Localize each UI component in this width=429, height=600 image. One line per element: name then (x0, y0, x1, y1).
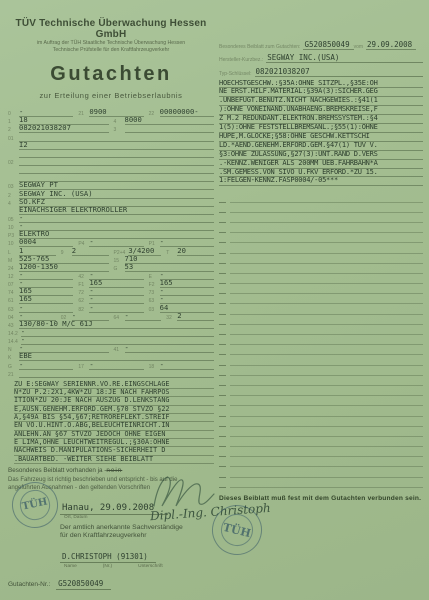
form-field (8, 173, 214, 174)
beiblatt-header-row-1: Besonderes Beiblatt zum Gutachten: G5208… (219, 36, 423, 50)
typed-line: 1:FELGEN-KENNZ.FASP0004/-05*** (219, 177, 423, 186)
beiblatt-nr-label: Besonderes Beiblatt zum Gutachten: (219, 44, 303, 50)
blank-line (219, 457, 423, 467)
blank-line (219, 243, 423, 253)
blank-line (219, 203, 423, 213)
line-dash (219, 375, 226, 376)
blank-line (219, 264, 423, 274)
field-label: 2 (8, 127, 19, 133)
field-value: - (89, 361, 143, 370)
line-rule (230, 354, 423, 355)
line-dash (219, 436, 226, 437)
blank-line (219, 355, 423, 365)
line-rule (230, 426, 423, 427)
name-caption: Name (64, 564, 77, 569)
gutachten-number-value: G520850049 (56, 579, 111, 590)
line-rule (230, 446, 423, 447)
form-field: 21 (8, 372, 214, 378)
line-rule (230, 436, 423, 437)
field-label: 4 (114, 119, 125, 125)
typed-line: Z M.2 REDUNDANT.ELEKTRON.BREMSSYSTEM.:§4 (219, 115, 423, 124)
blank-line (219, 366, 423, 376)
form-row: G-17-18- (8, 361, 214, 369)
line-dash (219, 466, 226, 467)
exemptions-typed-block: HOECHSTGESCHW.:§35A:OHNE SITZPL.,§35E:OH… (219, 80, 423, 187)
form-field: I2 (8, 141, 214, 150)
line-dash (219, 293, 226, 294)
line-rule (230, 212, 423, 213)
typed-line: .BAUARTBED. -WEITER SIEHE BEIBLATT (14, 456, 214, 464)
line-dash (219, 456, 226, 457)
tuev-stamp-text: TÜH (218, 511, 256, 549)
typed-line: .SM.GEMESS.VON SIVO U.FKV ERFORD.*ZU 15. (219, 169, 423, 178)
typed-line: EN VO.U.HINT.O.ABG,BELEUCHTEINRICHT.IN (14, 422, 214, 430)
blank-line (219, 467, 423, 477)
blank-line (219, 437, 423, 447)
blank-line (219, 417, 423, 427)
beiblatt-nr-value: G520850049 (303, 40, 353, 50)
line-dash (219, 263, 226, 264)
field-label: 18 (149, 364, 160, 370)
typed-line: NE ERST.HILF.MATERIAL:§39A(3):SICHER.GEG (219, 88, 423, 97)
beiblatt-nein-struck: nein (106, 467, 122, 474)
line-dash (219, 212, 226, 213)
form-row: I2 (8, 142, 214, 150)
blank-line (219, 345, 423, 355)
typed-line: HOECHSTGESCHW.:§35A:OHNE SITZPL.,§35E:OH (219, 80, 423, 89)
line-rule (230, 375, 423, 376)
org-name: TÜV Technische Überwachung Hessen GmbH (8, 18, 214, 40)
line-rule (230, 416, 423, 417)
blank-line (219, 294, 423, 304)
line-rule (230, 466, 423, 467)
blank-line (219, 254, 423, 264)
line-dash (219, 416, 226, 417)
form-field: 18- (149, 361, 214, 370)
empty-continuation-lines (219, 192, 423, 487)
form-field (8, 157, 214, 158)
form-field: G- (8, 361, 73, 370)
line-dash (219, 354, 226, 355)
blank-line (219, 284, 423, 294)
form-row: 21 (8, 370, 214, 378)
typed-line: .UNBEFUGT.BENUTZ.NICHT NACHGEWIES.:§41(1 (219, 97, 423, 106)
blank-line (219, 223, 423, 233)
line-dash (219, 283, 226, 284)
blank-line (219, 213, 423, 223)
line-dash (219, 395, 226, 396)
line-dash (219, 487, 226, 488)
examiner-title: Der amtlich anerkannte Sachverständige f… (60, 524, 210, 540)
line-dash (219, 303, 226, 304)
vehicle-data-form: 0-2109002200000000-118480002082021038207… (8, 109, 214, 378)
org-subtitle-2: Technische Prüfstelle für den Kraftfahrz… (8, 47, 214, 54)
line-rule (230, 222, 423, 223)
blank-line (219, 335, 423, 345)
blank-line (219, 325, 423, 335)
blank-line (219, 192, 423, 202)
field-value: - (160, 361, 214, 370)
field-value (125, 132, 215, 133)
typed-line: E LIMA,OHNE LEUCHTWEITREGUL.;§30A:OHNE (14, 439, 214, 447)
line-dash (219, 324, 226, 325)
name-captions: Name (Nr.) Unterschrift (64, 564, 214, 569)
form-row: 02 (8, 158, 214, 166)
line-dash (219, 273, 226, 274)
form-field: 17- (78, 361, 143, 370)
line-rule (230, 385, 423, 386)
form-field: 48000 (114, 116, 215, 125)
page-title: Gutachten (8, 63, 214, 86)
typed-line: NACHWEIS D.MANIPULATIONS-SICHERHEIT D (14, 447, 214, 455)
field-label: 17 (78, 364, 89, 370)
form-field: 3 (114, 127, 215, 133)
field-value (19, 165, 214, 166)
form-field: 02 (8, 160, 214, 166)
line-dash (219, 365, 226, 366)
line-dash (219, 314, 226, 315)
right-column-beiblatt: Besonderes Beiblatt zum Gutachten: G5208… (219, 36, 423, 502)
line-dash (219, 344, 226, 345)
blank-line (219, 406, 423, 416)
line-dash (219, 385, 226, 386)
field-label: 02 (8, 160, 19, 166)
field-value: - (19, 361, 73, 370)
remarks-block: ZU E:SEGWAY SERIENNR.VO.RE.EINGSCHLAGEN*… (8, 381, 214, 464)
typed-line: ITION*ZU 20:JE NACH AUSZUG D.LENKSTANG (14, 397, 214, 405)
form-row (8, 150, 214, 158)
typed-line: ):OHNE VONEINAND.UNABHAENG.BREMSKREISE,F (219, 106, 423, 115)
line-rule (230, 242, 423, 243)
line-rule (230, 263, 423, 264)
line-dash (219, 222, 226, 223)
field-label: G (8, 364, 19, 370)
line-rule (230, 405, 423, 406)
page-subtitle: zur Erteilung einer Betriebserlaubnis (8, 91, 214, 100)
beiblatt-header-row-2: Hersteller-Kurzbez.: SEGWAY INC.(USA) (219, 50, 423, 64)
line-dash (219, 253, 226, 254)
examiner-name-block: D.CHRISTOPH (91301) Name (Nr.) Unterschr… (60, 546, 214, 569)
beiblatt-footer-note: Dieses Beiblatt muß fest mit dem Gutacht… (219, 495, 423, 502)
field-value (19, 157, 214, 158)
field-value: 8000 (125, 116, 215, 125)
field-label: 3 (114, 127, 125, 133)
line-dash (219, 202, 226, 203)
field-value (19, 173, 214, 174)
form-row: 20820210382073 (8, 125, 214, 133)
examiner-name: D.CHRISTOPH (91301) (60, 552, 156, 563)
line-rule (230, 314, 423, 315)
field-label: 21 (8, 372, 19, 378)
beiblatt-present-text: Besonderes Beiblatt vorhanden ja - (8, 467, 106, 474)
typschluessel-label: Typ-Schlüssel: (219, 71, 255, 77)
typed-line: A,§49A BIS §54,§67;RETROREFLEKT.STREIF (14, 414, 214, 422)
blank-line (219, 478, 423, 488)
line-rule (230, 395, 423, 396)
line-rule (230, 303, 423, 304)
blank-line (219, 386, 423, 396)
line-rule (230, 232, 423, 233)
line-rule (230, 324, 423, 325)
typed-line: E,AUSN.GENEHM.ERFORD.GEM.§70 STVZO §22 (14, 406, 214, 414)
org-subtitle-1: im Auftrag der TÜH Staatliche Technische… (8, 40, 214, 47)
field-value: I2 (19, 141, 214, 150)
typed-line: §3:OHNE ZULASSUNG,§27(3):UNT.RAND D.VERS (219, 151, 423, 160)
line-rule (230, 365, 423, 366)
blank-line (219, 376, 423, 386)
line-rule (230, 344, 423, 345)
blank-line (219, 274, 423, 284)
vom-label: vom (354, 44, 366, 50)
line-dash (219, 242, 226, 243)
line-rule (230, 273, 423, 274)
examiner-line1: Der amtlich anerkannte Sachverständige (60, 524, 183, 531)
typed-line: N*ZU P.2:2X1,4KW*ZU 18:JE NACH FAHRPOS (14, 389, 214, 397)
typschluessel-value: 082021038207 (255, 67, 423, 77)
blank-line (219, 304, 423, 314)
gutachten-document: TÜV Technische Überwachung Hessen GmbH i… (0, 0, 429, 600)
line-rule (230, 293, 423, 294)
beiblatt-date-value: 29.09.2008 (366, 40, 416, 50)
blank-line (219, 315, 423, 325)
examiner-line2: für den Kraftfahrzeugverkehr (60, 532, 147, 539)
hersteller-label: Hersteller-Kurzbez.: (219, 57, 266, 63)
line-dash (219, 446, 226, 447)
gutachten-number-label: Gutachten-Nr.: (8, 581, 50, 588)
signature-caption: Unterschrift (138, 564, 163, 569)
hersteller-value: SEGWAY INC.(USA) (266, 53, 423, 63)
field-value: 082021038207 (19, 124, 109, 133)
form-row (8, 166, 214, 174)
blank-line (219, 396, 423, 406)
line-dash (219, 232, 226, 233)
line-rule (230, 283, 423, 284)
blank-line (219, 447, 423, 457)
line-rule (230, 202, 423, 203)
line-rule (230, 456, 423, 457)
line-dash (219, 477, 226, 478)
nr-caption: (Nr.) (103, 564, 112, 569)
line-rule (230, 334, 423, 335)
beiblatt-header-row-3: Typ-Schlüssel: 082021038207 (219, 63, 423, 77)
typed-line: ANLEHN.AN §67 STVZO JEDOCH OHNE EIGEN (14, 431, 214, 439)
field-value (19, 377, 214, 378)
line-dash (219, 334, 226, 335)
line-dash (219, 426, 226, 427)
line-rule (230, 477, 423, 478)
line-rule (230, 487, 423, 488)
form-field: 2082021038207 (8, 124, 109, 133)
tuev-stamp-text: TÜH (18, 488, 53, 523)
typed-line: 1(5):OHNE FESTSTELLBREMSANL.;§55(1):OHNE (219, 124, 423, 133)
line-dash (219, 405, 226, 406)
blank-line (219, 427, 423, 437)
typed-line: ZU E:SEGWAY SERIENNR.VO.RE.EINGSCHLAGE (14, 381, 214, 389)
gutachten-number-line: Gutachten-Nr.: G520850049 (8, 579, 214, 590)
typed-line: LD.*AEND.GENEHM.ERFORD.GEM.§47(1) TÜV V. (219, 142, 423, 151)
typed-line: HUPE,M.GLOCKE;§58:OHNE GESCHW.KETTSCHI (219, 133, 423, 142)
blank-line (219, 233, 423, 243)
typed-line: .-KENNZ.WENIGER ALS 200MM UEB.FAHRBAHN*A (219, 160, 423, 169)
line-rule (230, 253, 423, 254)
